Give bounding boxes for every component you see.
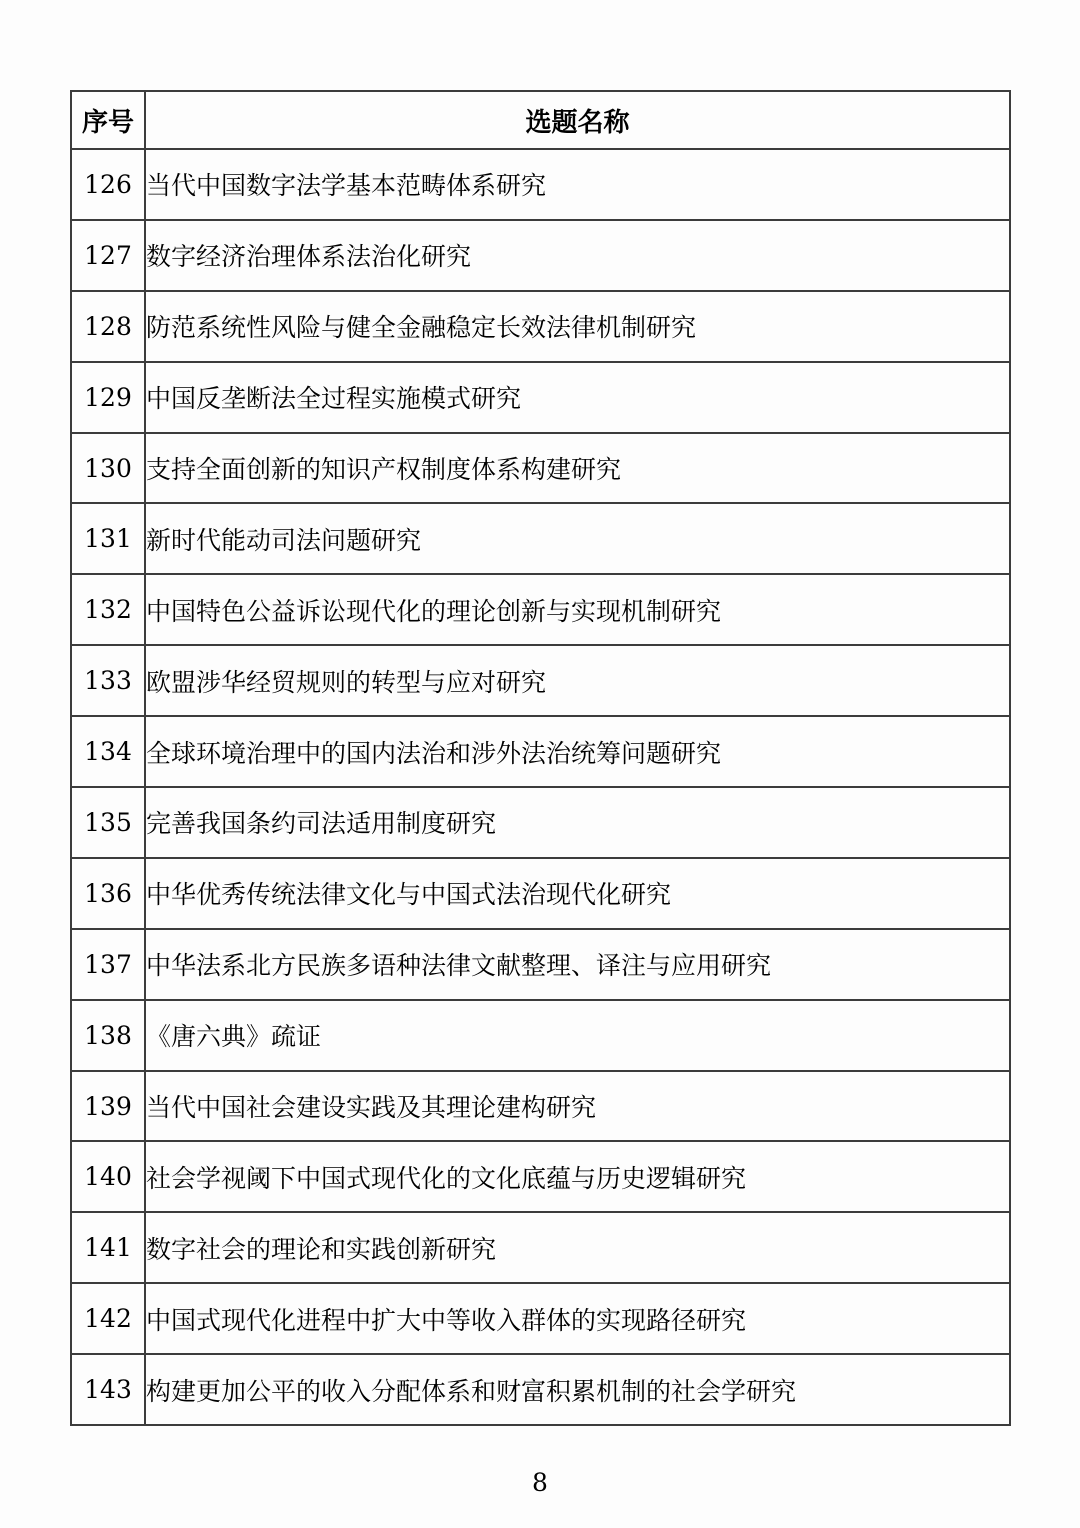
table-row: 130 支持全面创新的知识产权制度体系构建研究 xyxy=(71,433,1010,504)
row-number-cell: 134 xyxy=(71,716,145,787)
row-number-cell: 138 xyxy=(71,1000,145,1071)
topic-title-cell: 社会学视阈下中国式现代化的文化底蕴与历史逻辑研究 xyxy=(145,1141,1010,1212)
topic-title-cell: 中国特色公益诉讼现代化的理论创新与实现机制研究 xyxy=(145,574,1010,645)
table-row: 136 中华优秀传统法律文化与中国式法治现代化研究 xyxy=(71,858,1010,929)
topic-title-cell: 中华法系北方民族多语种法律文献整理、译注与应用研究 xyxy=(145,929,1010,1000)
topic-title-cell: 数字社会的理论和实践创新研究 xyxy=(145,1212,1010,1283)
table-row: 131 新时代能动司法问题研究 xyxy=(71,503,1010,574)
table-row: 138 《唐六典》疏证 xyxy=(71,1000,1010,1071)
table-row: 135 完善我国条约司法适用制度研究 xyxy=(71,787,1010,858)
row-number-cell: 136 xyxy=(71,858,145,929)
row-number-cell: 130 xyxy=(71,433,145,504)
row-number-cell: 135 xyxy=(71,787,145,858)
table-row: 143 构建更加公平的收入分配体系和财富积累机制的社会学研究 xyxy=(71,1354,1010,1425)
row-number-cell: 126 xyxy=(71,149,145,220)
row-number-cell: 128 xyxy=(71,291,145,362)
row-number-cell: 127 xyxy=(71,220,145,291)
table-row: 134 全球环境治理中的国内法治和涉外法治统筹问题研究 xyxy=(71,716,1010,787)
topic-title-cell: 《唐六典》疏证 xyxy=(145,1000,1010,1071)
row-number-cell: 132 xyxy=(71,574,145,645)
topic-title-cell: 中国式现代化进程中扩大中等收入群体的实现路径研究 xyxy=(145,1283,1010,1354)
table-row: 126 当代中国数字法学基本范畴体系研究 xyxy=(71,149,1010,220)
row-number-cell: 141 xyxy=(71,1212,145,1283)
row-number-cell: 133 xyxy=(71,645,145,716)
topic-title-cell: 当代中国数字法学基本范畴体系研究 xyxy=(145,149,1010,220)
topic-title-cell: 支持全面创新的知识产权制度体系构建研究 xyxy=(145,433,1010,504)
page-number: 8 xyxy=(0,1468,1080,1497)
topic-title-cell: 中华优秀传统法律文化与中国式法治现代化研究 xyxy=(145,858,1010,929)
table-row: 133 欧盟涉华经贸规则的转型与应对研究 xyxy=(71,645,1010,716)
topic-title-cell: 新时代能动司法问题研究 xyxy=(145,503,1010,574)
topic-title-cell: 数字经济治理体系法治化研究 xyxy=(145,220,1010,291)
topic-title-cell: 防范系统性风险与健全金融稳定长效法律机制研究 xyxy=(145,291,1010,362)
topic-title-cell: 中国反垄断法全过程实施模式研究 xyxy=(145,362,1010,433)
table-row: 127 数字经济治理体系法治化研究 xyxy=(71,220,1010,291)
column-header-title: 选题名称 xyxy=(145,91,1010,149)
row-number-cell: 131 xyxy=(71,503,145,574)
row-number-cell: 142 xyxy=(71,1283,145,1354)
topic-title-cell: 欧盟涉华经贸规则的转型与应对研究 xyxy=(145,645,1010,716)
table-row: 141 数字社会的理论和实践创新研究 xyxy=(71,1212,1010,1283)
table-header-row: 序号 选题名称 xyxy=(71,91,1010,149)
row-number-cell: 140 xyxy=(71,1141,145,1212)
topic-title-cell: 构建更加公平的收入分配体系和财富积累机制的社会学研究 xyxy=(145,1354,1010,1425)
topics-table: 序号 选题名称 126 当代中国数字法学基本范畴体系研究 127 数字经济治理体… xyxy=(70,90,1011,1426)
row-number-cell: 139 xyxy=(71,1071,145,1142)
table-row: 140 社会学视阈下中国式现代化的文化底蕴与历史逻辑研究 xyxy=(71,1141,1010,1212)
table-row: 129 中国反垄断法全过程实施模式研究 xyxy=(71,362,1010,433)
document-page: 序号 选题名称 126 当代中国数字法学基本范畴体系研究 127 数字经济治理体… xyxy=(0,0,1080,1528)
table-row: 142 中国式现代化进程中扩大中等收入群体的实现路径研究 xyxy=(71,1283,1010,1354)
row-number-cell: 129 xyxy=(71,362,145,433)
table-row: 128 防范系统性风险与健全金融稳定长效法律机制研究 xyxy=(71,291,1010,362)
column-header-no: 序号 xyxy=(71,91,145,149)
topic-title-cell: 完善我国条约司法适用制度研究 xyxy=(145,787,1010,858)
table-row: 132 中国特色公益诉讼现代化的理论创新与实现机制研究 xyxy=(71,574,1010,645)
row-number-cell: 137 xyxy=(71,929,145,1000)
table-row: 139 当代中国社会建设实践及其理论建构研究 xyxy=(71,1071,1010,1142)
row-number-cell: 143 xyxy=(71,1354,145,1425)
table-row: 137 中华法系北方民族多语种法律文献整理、译注与应用研究 xyxy=(71,929,1010,1000)
topic-title-cell: 当代中国社会建设实践及其理论建构研究 xyxy=(145,1071,1010,1142)
topic-title-cell: 全球环境治理中的国内法治和涉外法治统筹问题研究 xyxy=(145,716,1010,787)
